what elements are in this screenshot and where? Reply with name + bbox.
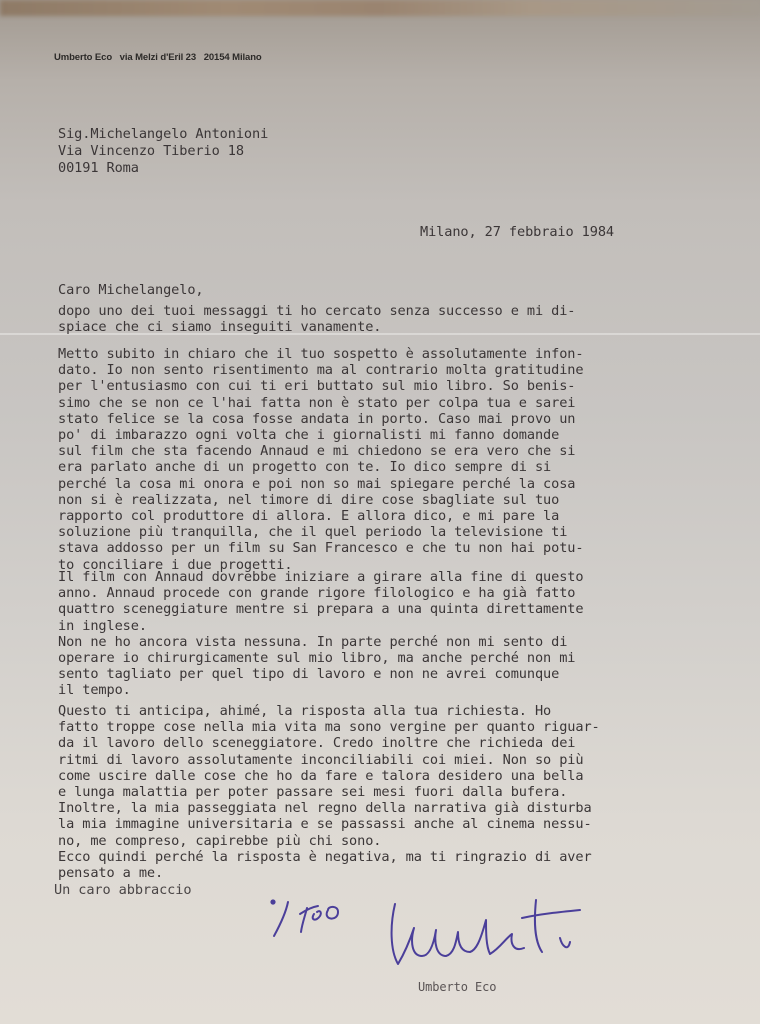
text-line: sul film che sta facendo Annaud e mi chi… xyxy=(58,443,583,459)
text-line: Il film con Annaud dovrebbe iniziare a g… xyxy=(58,569,583,585)
text-line: e lunga malattia per poter passare sei m… xyxy=(58,784,600,800)
text-line: la mia immagine universitaria e se passa… xyxy=(58,816,600,832)
text-line: dato. Io non sento risentimento ma al co… xyxy=(58,362,583,378)
text-line: Inoltre, la mia passeggiata nel regno de… xyxy=(58,800,600,816)
recipient-line: Via Vincenzo Tiberio 18 xyxy=(58,143,268,160)
text-line: rapporto col produttore di allora. E all… xyxy=(58,508,583,524)
text-line: Metto subito in chiaro che il tuo sospet… xyxy=(58,346,583,362)
text-line: fatto troppe cose nella mia vita ma sono… xyxy=(58,719,600,735)
text-line: po' di imbarazzo ogni volta che i giorna… xyxy=(58,427,583,443)
text-line: quattro sceneggiature mentre si prepara … xyxy=(58,601,583,617)
text-line: perché la cosa mi onora e poi non so mai… xyxy=(58,476,583,492)
text-line: il tempo. xyxy=(58,682,583,698)
text-line: stava addosso per un film su San Frances… xyxy=(58,540,583,556)
handwritten-signature xyxy=(250,880,650,980)
paragraph-3: Il film con Annaud dovrebbe iniziare a g… xyxy=(58,569,583,699)
text-line: operare io chirurgicamente sul mio libro… xyxy=(58,650,583,666)
recipient-address: Sig.Michelangelo AntonioniVia Vincenzo T… xyxy=(58,126,268,177)
paper-top-edge xyxy=(0,0,760,16)
text-line: in inglese. xyxy=(58,618,583,634)
letterhead: Umberto Eco via Melzi d'Eril 23 20154 Mi… xyxy=(54,52,262,63)
text-line: anno. Annaud procede con grande rigore f… xyxy=(58,585,583,601)
text-line: no, me compreso, capirebbe più chi sono. xyxy=(58,833,600,849)
text-line: spiace che ci siamo inseguiti vanamente. xyxy=(58,319,575,335)
paragraph-2: Metto subito in chiaro che il tuo sospet… xyxy=(58,346,583,573)
text-line: dopo uno dei tuoi messaggi ti ho cercato… xyxy=(58,303,575,319)
text-line: ritmi di lavoro assolutamente inconcilia… xyxy=(58,752,600,768)
salutation: Caro Michelangelo, xyxy=(58,282,204,298)
text-line: per l'entusiasmo con cui ti eri buttato … xyxy=(58,378,583,394)
text-line: stato felice se la cosa fosse andata in … xyxy=(58,411,583,427)
text-line: sento tagliato per quel tipo di lavoro e… xyxy=(58,666,583,682)
recipient-line: 00191 Roma xyxy=(58,160,268,177)
text-line: Questo ti anticipa, ahimé, la risposta a… xyxy=(58,703,600,719)
text-line: non si è realizzata, nel timore di dire … xyxy=(58,492,583,508)
paragraph-4: Questo ti anticipa, ahimé, la risposta a… xyxy=(58,703,600,881)
letterhead-city: 20154 Milano xyxy=(204,52,262,63)
text-line: soluzione più tranquilla, che il quel pe… xyxy=(58,524,583,540)
text-line: pensato a me. xyxy=(58,865,600,881)
paragraph-1: dopo uno dei tuoi messaggi ti ho cercato… xyxy=(58,303,575,335)
typed-name: Umberto Eco xyxy=(418,980,496,994)
text-line: Ecco quindi perché la risposta è negativ… xyxy=(58,849,600,865)
recipient-line: Sig.Michelangelo Antonioni xyxy=(58,126,268,143)
date-line: Milano, 27 febbraio 1984 xyxy=(420,224,614,240)
text-line: Non ne ho ancora vista nessuna. In parte… xyxy=(58,634,583,650)
closing: Un caro abbraccio xyxy=(54,882,191,898)
text-line: simo che se non ce l'hai fatta non è sta… xyxy=(58,395,583,411)
letterhead-sender: Umberto Eco xyxy=(54,52,112,63)
text-line: era parlato anche di un progetto con te.… xyxy=(58,459,583,475)
text-line: come uscire dalle cose che ho da fare e … xyxy=(58,768,600,784)
letterhead-street: via Melzi d'Eril 23 xyxy=(120,52,196,63)
text-line: da il lavoro dello sceneggiatore. Credo … xyxy=(58,735,600,751)
